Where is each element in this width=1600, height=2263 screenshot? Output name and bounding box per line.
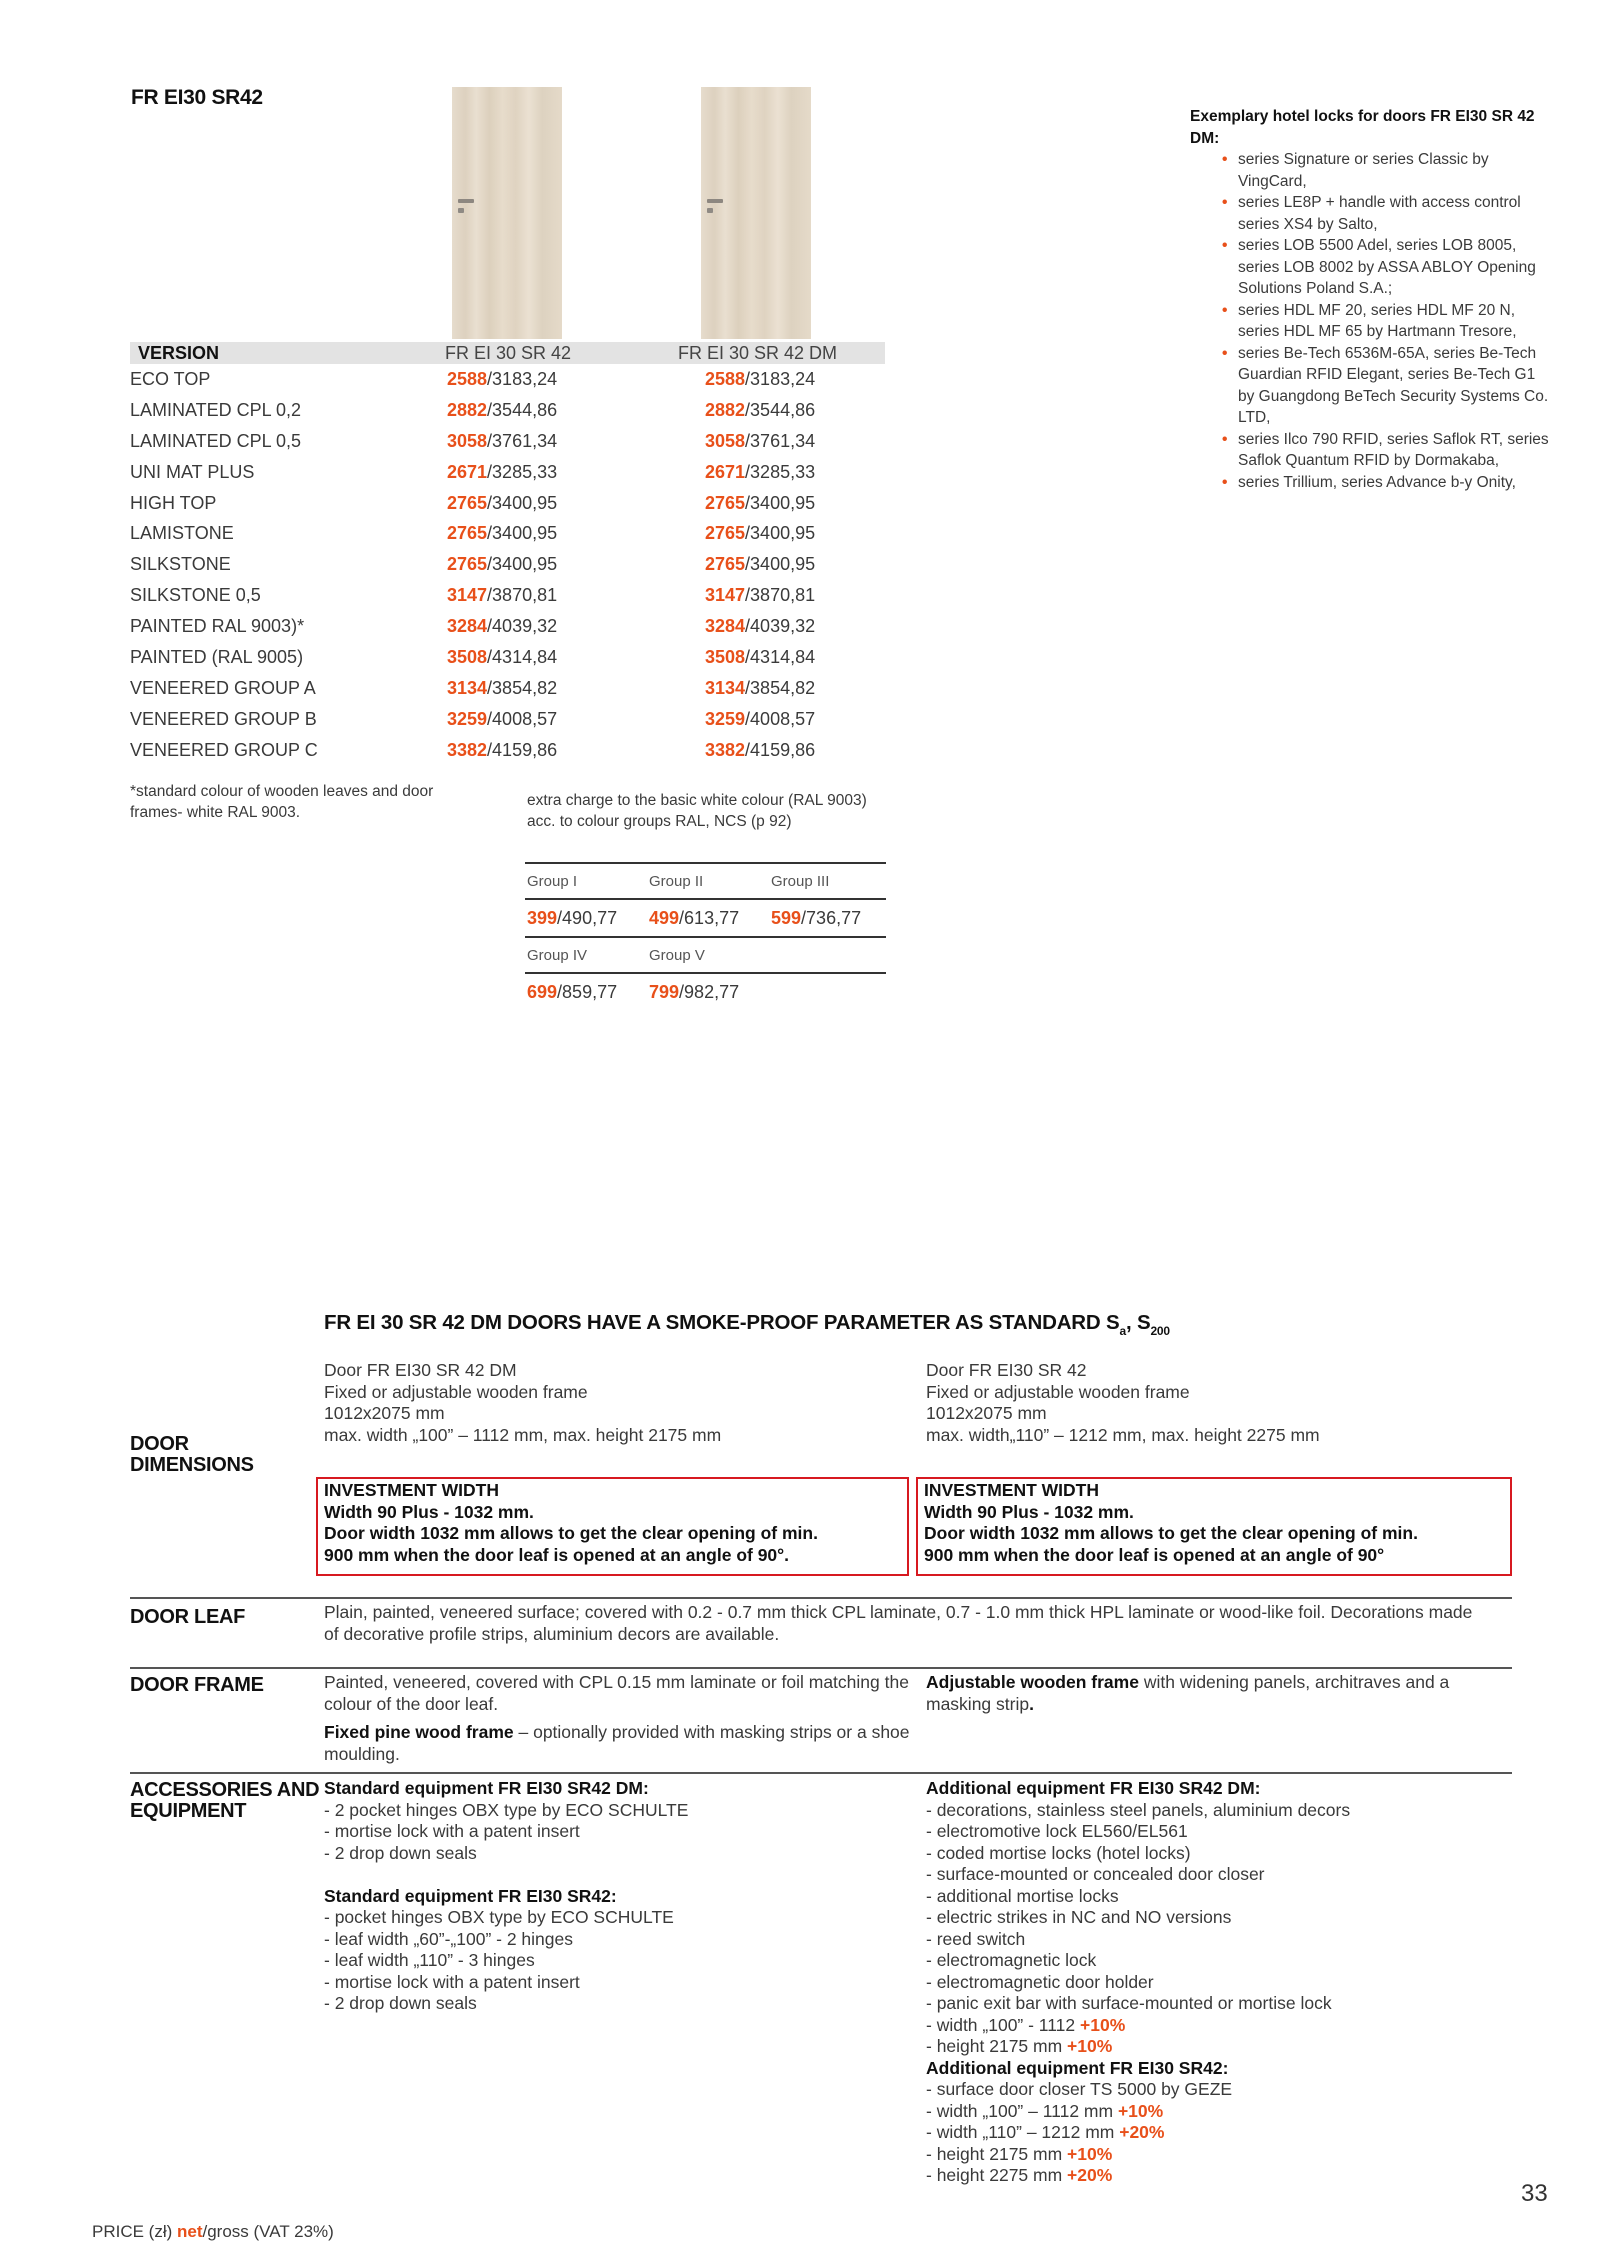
group-label: Group II xyxy=(647,863,769,899)
version-name: HIGH TOP xyxy=(130,488,445,519)
hotel-locks-list: series Signature or series Classic by Vi… xyxy=(1190,149,1550,493)
hotel-lock-item: series LOB 5500 Adel, series LOB 8005, s… xyxy=(1238,235,1550,300)
price-sr42-dm: 2765/3400,95 xyxy=(678,518,885,549)
equipment-item: - electromagnetic door holder xyxy=(926,1972,1506,1994)
hotel-lock-item: series LE8P + handle with access control… xyxy=(1238,192,1550,235)
accessories-label: ACCESSORIES AND EQUIPMENT xyxy=(130,1780,320,1822)
equipment-item: - additional mortise locks xyxy=(926,1886,1506,1908)
price-sr42: 2671/3285,33 xyxy=(445,457,678,488)
group-price: 699/859,77 xyxy=(525,973,647,1010)
equipment-item: - width „100” - 1112 +10% xyxy=(926,2015,1506,2037)
header-sr42-dm: FR EI 30 SR 42 DM xyxy=(678,342,885,364)
version-name: PAINTED (RAL 9005) xyxy=(130,642,445,673)
price-sr42: 3058/3761,34 xyxy=(445,426,678,457)
group-values-row: 399/490,77 499/613,77 599/736,77 xyxy=(525,899,886,937)
price-sr42-dm: 3284/4039,32 xyxy=(678,611,885,642)
version-name: ECO TOP xyxy=(130,364,445,395)
door-image-fr-ei30-sr42-dm xyxy=(701,87,811,339)
price-sr42: 3147/3870,81 xyxy=(445,580,678,611)
price-sr42: 2765/3400,95 xyxy=(445,549,678,580)
section-divider xyxy=(130,1667,1512,1669)
price-sr42-dm: 3058/3761,34 xyxy=(678,426,885,457)
door-handle-icon xyxy=(707,199,723,203)
extra-charge-note: extra charge to the basic white colour (… xyxy=(527,790,867,832)
equipment-item: - width „110” – 1212 mm +20% xyxy=(926,2122,1506,2144)
price-sr42-dm: 2882/3544,86 xyxy=(678,395,885,426)
dimensions-left: Door FR EI30 SR 42 DM Fixed or adjustabl… xyxy=(324,1360,884,1446)
door-leaf-label: DOOR LEAF xyxy=(130,1607,245,1628)
group-price xyxy=(769,973,886,1010)
equipment-item: - height 2275 mm +20% xyxy=(926,2165,1506,2187)
price-sr42: 2765/3400,95 xyxy=(445,488,678,519)
keyhole-icon xyxy=(707,208,713,213)
version-name: VENEERED GROUP A xyxy=(130,673,445,704)
equipment-item: - width „100” – 1112 mm +10% xyxy=(926,2101,1506,2123)
price-row: UNI MAT PLUS2671/3285,332671/3285,33 xyxy=(130,457,885,488)
group-price: 399/490,77 xyxy=(525,899,647,937)
price-sr42-dm: 2765/3400,95 xyxy=(678,549,885,580)
price-row: PAINTED (RAL 9005)3508/4314,843508/4314,… xyxy=(130,642,885,673)
equipment-item: - pocket hinges OBX type by ECO SCHULTE xyxy=(324,1907,904,1929)
price-row: ECO TOP2588/3183,242588/3183,24 xyxy=(130,364,885,395)
equipment-item: - height 2175 mm +10% xyxy=(926,2036,1506,2058)
group-label: Group III xyxy=(769,863,886,899)
price-sr42: 2588/3183,24 xyxy=(445,364,678,395)
price-sr42-dm: 3508/4314,84 xyxy=(678,642,885,673)
hotel-lock-item: series Signature or series Classic by Vi… xyxy=(1238,149,1550,192)
price-sr42-dm: 2588/3183,24 xyxy=(678,364,885,395)
equipment-item: - electric strikes in NC and NO versions xyxy=(926,1907,1506,1929)
group-price: 499/613,77 xyxy=(647,899,769,937)
price-sr42: 3284/4039,32 xyxy=(445,611,678,642)
price-sr42-dm: 3147/3870,81 xyxy=(678,580,885,611)
equipment-item: - surface-mounted or concealed door clos… xyxy=(926,1864,1506,1886)
group-label: Group IV xyxy=(525,937,647,973)
door-dimensions-label: DOOR DIMENSIONS xyxy=(130,1434,300,1476)
hotel-lock-item: series Trillium, series Advance b-y Onit… xyxy=(1238,472,1550,494)
equipment-item: - surface door closer TS 5000 by GEZE xyxy=(926,2079,1506,2101)
price-sr42-dm: 2671/3285,33 xyxy=(678,457,885,488)
group-labels-row: Group IV Group V xyxy=(525,937,886,973)
version-name: PAINTED RAL 9003)* xyxy=(130,611,445,642)
price-sr42-dm: 3382/4159,86 xyxy=(678,735,885,766)
equipment-item: - height 2175 mm +10% xyxy=(926,2144,1506,2166)
section-divider xyxy=(130,1597,1512,1599)
door-image-fr-ei30-sr42 xyxy=(452,87,562,339)
header-sr42: FR EI 30 SR 42 xyxy=(445,342,678,364)
price-sr42: 3382/4159,86 xyxy=(445,735,678,766)
price-sr42-dm: 3259/4008,57 xyxy=(678,704,885,735)
dimensions-right: Door FR EI30 SR 42 Fixed or adjustable w… xyxy=(926,1360,1506,1446)
equipment-item: - 2 pocket hinges OBX type by ECO SCHULT… xyxy=(324,1800,904,1822)
equipment-item: - leaf width „110” - 3 hinges xyxy=(324,1950,904,1972)
equipment-item: - 2 drop down seals xyxy=(324,1993,904,2015)
price-row: SILKSTONE2765/3400,952765/3400,95 xyxy=(130,549,885,580)
group-labels-row: Group I Group II Group III xyxy=(525,863,886,899)
price-row: SILKSTONE 0,53147/3870,813147/3870,81 xyxy=(130,580,885,611)
section-divider xyxy=(130,1772,1512,1774)
group-label: Group V xyxy=(647,937,769,973)
equipment-item: - 2 drop down seals xyxy=(324,1843,904,1865)
version-name: LAMISTONE xyxy=(130,518,445,549)
price-row: PAINTED RAL 9003)*3284/4039,323284/4039,… xyxy=(130,611,885,642)
standard-equipment: Standard equipment FR EI30 SR42 DM: - 2 … xyxy=(324,1778,904,2015)
door-leaf-text: Plain, painted, veneered surface; covere… xyxy=(324,1602,1474,1645)
version-name: LAMINATED CPL 0,5 xyxy=(130,426,445,457)
version-name: VENEERED GROUP C xyxy=(130,735,445,766)
price-sr42-dm: 3134/3854,82 xyxy=(678,673,885,704)
smoke-proof-heading: FR EI 30 SR 42 DM DOORS HAVE A SMOKE-PRO… xyxy=(324,1311,1170,1338)
price-table-header: VERSION FR EI 30 SR 42 FR EI 30 SR 42 DM xyxy=(130,342,885,364)
price-sr42: 3508/4314,84 xyxy=(445,642,678,673)
header-version: VERSION xyxy=(130,342,445,364)
price-legend-footer: PRICE (zł) net/gross (VAT 23%) xyxy=(92,2222,334,2242)
hotel-lock-item: series Ilco 790 RFID, series Saflok RT, … xyxy=(1238,429,1550,472)
version-name: UNI MAT PLUS xyxy=(130,457,445,488)
footnote: *standard colour of wooden leaves and do… xyxy=(130,781,490,823)
version-name: VENEERED GROUP B xyxy=(130,704,445,735)
investment-width-box-dm: INVESTMENT WIDTH Width 90 Plus - 1032 mm… xyxy=(316,1477,909,1576)
investment-width-box-sr42: INVESTMENT WIDTH Width 90 Plus - 1032 mm… xyxy=(916,1477,1512,1576)
equipment-item: - mortise lock with a patent insert xyxy=(324,1972,904,1994)
hotel-lock-item: series HDL MF 20, series HDL MF 20 N, se… xyxy=(1238,300,1550,343)
price-sr42: 2882/3544,86 xyxy=(445,395,678,426)
door-frame-label: DOOR FRAME xyxy=(130,1675,264,1696)
version-name: SILKSTONE 0,5 xyxy=(130,580,445,611)
price-sr42-dm: 2765/3400,95 xyxy=(678,488,885,519)
page-number: 33 xyxy=(1521,2180,1548,2208)
group-values-row: 699/859,77 799/982,77 xyxy=(525,973,886,1010)
price-row: LAMINATED CPL 0,22882/3544,862882/3544,8… xyxy=(130,395,885,426)
page-title: FR EI30 SR42 xyxy=(131,86,263,110)
equipment-item: - coded mortise locks (hotel locks) xyxy=(926,1843,1506,1865)
hotel-locks-title: Exemplary hotel locks for doors FR EI30 … xyxy=(1190,106,1550,149)
group-label: Group I xyxy=(525,863,647,899)
equipment-item: - electromotive lock EL560/EL561 xyxy=(926,1821,1506,1843)
door-frame-right: Adjustable wooden frame with widening pa… xyxy=(926,1672,1516,1715)
door-handle-icon xyxy=(458,199,474,203)
price-row: VENEERED GROUP C3382/4159,863382/4159,86 xyxy=(130,735,885,766)
equipment-item: - panic exit bar with surface-mounted or… xyxy=(926,1993,1506,2015)
price-sr42: 2765/3400,95 xyxy=(445,518,678,549)
group-price: 799/982,77 xyxy=(647,973,769,1010)
equipment-item: - reed switch xyxy=(926,1929,1506,1951)
hotel-lock-item: series Be-Tech 6536M-65A, series Be-Tech… xyxy=(1238,343,1550,429)
price-sr42: 3134/3854,82 xyxy=(445,673,678,704)
price-row: LAMINATED CPL 0,53058/3761,343058/3761,3… xyxy=(130,426,885,457)
equipment-item: - decorations, stainless steel panels, a… xyxy=(926,1800,1506,1822)
additional-equipment: Additional equipment FR EI30 SR42 DM: - … xyxy=(926,1778,1506,2187)
colour-group-table: Group I Group II Group III 399/490,77 49… xyxy=(525,862,886,1010)
keyhole-icon xyxy=(458,208,464,213)
price-row: VENEERED GROUP A3134/3854,823134/3854,82 xyxy=(130,673,885,704)
door-frame-left: Painted, veneered, covered with CPL 0.15… xyxy=(324,1672,914,1765)
equipment-item: - leaf width „60”-„100” - 2 hinges xyxy=(324,1929,904,1951)
version-name: LAMINATED CPL 0,2 xyxy=(130,395,445,426)
group-price: 599/736,77 xyxy=(769,899,886,937)
group-label xyxy=(769,937,886,973)
price-row: HIGH TOP2765/3400,952765/3400,95 xyxy=(130,488,885,519)
price-sr42: 3259/4008,57 xyxy=(445,704,678,735)
price-table: VERSION FR EI 30 SR 42 FR EI 30 SR 42 DM… xyxy=(130,342,885,766)
price-row: VENEERED GROUP B3259/4008,573259/4008,57 xyxy=(130,704,885,735)
price-row: LAMISTONE2765/3400,952765/3400,95 xyxy=(130,518,885,549)
hotel-locks-section: Exemplary hotel locks for doors FR EI30 … xyxy=(1190,106,1550,493)
equipment-item: - mortise lock with a patent insert xyxy=(324,1821,904,1843)
version-name: SILKSTONE xyxy=(130,549,445,580)
equipment-item: - electromagnetic lock xyxy=(926,1950,1506,1972)
